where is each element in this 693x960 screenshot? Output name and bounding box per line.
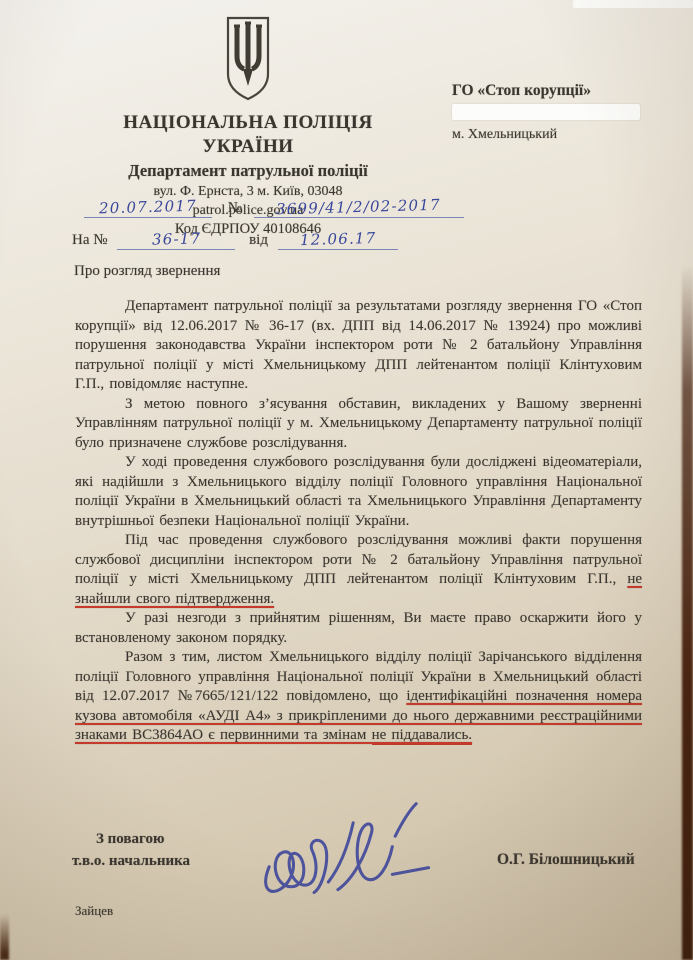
photo-edge-shadow-bottomleft <box>0 914 9 960</box>
executor-name: Зайцев <box>75 903 113 919</box>
outgoing-number-handwritten: 3699/41/2/02-2017 <box>276 196 441 219</box>
paragraph-5-text: У разі незгоди з прийнятим рішенням, Ви … <box>75 610 642 646</box>
photo-edge-shadow-right <box>682 265 693 960</box>
paragraph-6-double-underlined-text: не піддавались. <box>372 727 473 745</box>
subject-line: Про розгляд звернення <box>74 263 220 280</box>
scanned-letter-page: НАЦІОНАЛЬНА ПОЛІЦІЯ УКРАЇНИ Департамент … <box>0 0 693 960</box>
paragraph-1: Департамент патрульної поліції за резуль… <box>75 297 642 395</box>
incoming-date-handwritten: 12.06.17 <box>299 229 376 249</box>
closing-phrase: З повагою <box>96 831 164 848</box>
department-name: Департамент патрульної поліції <box>58 160 438 182</box>
outgoing-date-handwritten: 20.07.2017 <box>99 197 197 218</box>
paragraph-1-text: Департамент патрульної поліції за резуль… <box>75 298 642 392</box>
ukraine-trident-emblem-icon <box>217 14 279 109</box>
photo-white-strip <box>573 0 693 8</box>
signer-position: т.в.о. начальника <box>72 853 190 870</box>
outgoing-reference-row: 20.07.2017 № 3699/41/2/02-2017 <box>72 198 532 230</box>
addressee-block: ГО «Стоп корупції» м. Хмельницький <box>452 82 684 143</box>
from-label: від <box>249 232 268 249</box>
paragraph-2: З метою повного з’ясування обставин, вик… <box>75 395 642 454</box>
paragraph-3: У ході проведення службового розслідуван… <box>75 453 642 531</box>
reply-to-label: На № <box>72 232 108 249</box>
incoming-number-field: 36-17 <box>117 230 235 250</box>
number-sign-label: № <box>228 200 242 217</box>
paragraph-4: Під час проведення службового розслідува… <box>75 531 642 609</box>
reference-block: 20.07.2017 № 3699/41/2/02-2017 На № 36-1… <box>72 198 532 262</box>
org-name-line1: НАЦІОНАЛЬНА ПОЛІЦІЯ <box>58 111 438 135</box>
paragraph-4-text: Під час проведення службового розслідува… <box>75 532 642 587</box>
signer-name: О.Г. Білошницький <box>497 851 635 869</box>
paragraph-5: У разі незгоди з прийнятим рішенням, Ви … <box>75 609 642 648</box>
outgoing-date-field: 20.07.2017 <box>84 198 212 218</box>
addressee-organization: ГО «Стоп корупції» <box>452 82 684 100</box>
incoming-number-handwritten: 36-17 <box>151 229 201 248</box>
paragraph-6: Разом з тим, листом Хмельницького відділ… <box>75 648 642 746</box>
org-name-line2: УКРАЇНИ <box>58 135 438 159</box>
incoming-reference-row: На № 36-17 від 12.06.17 <box>72 230 532 262</box>
outgoing-number-field: 3699/41/2/02-2017 <box>254 198 464 218</box>
incoming-date-field: 12.06.17 <box>278 230 398 250</box>
letter-body: Департамент патрульної поліції за резуль… <box>75 297 642 746</box>
paragraph-3-text: У ході проведення службового розслідуван… <box>75 454 642 529</box>
addressee-city: м. Хмельницький <box>452 127 684 143</box>
paragraph-2-text: З метою повного з’ясування обставин, вик… <box>75 396 642 451</box>
redaction-bar <box>452 104 640 120</box>
signature-scribble <box>252 798 462 908</box>
